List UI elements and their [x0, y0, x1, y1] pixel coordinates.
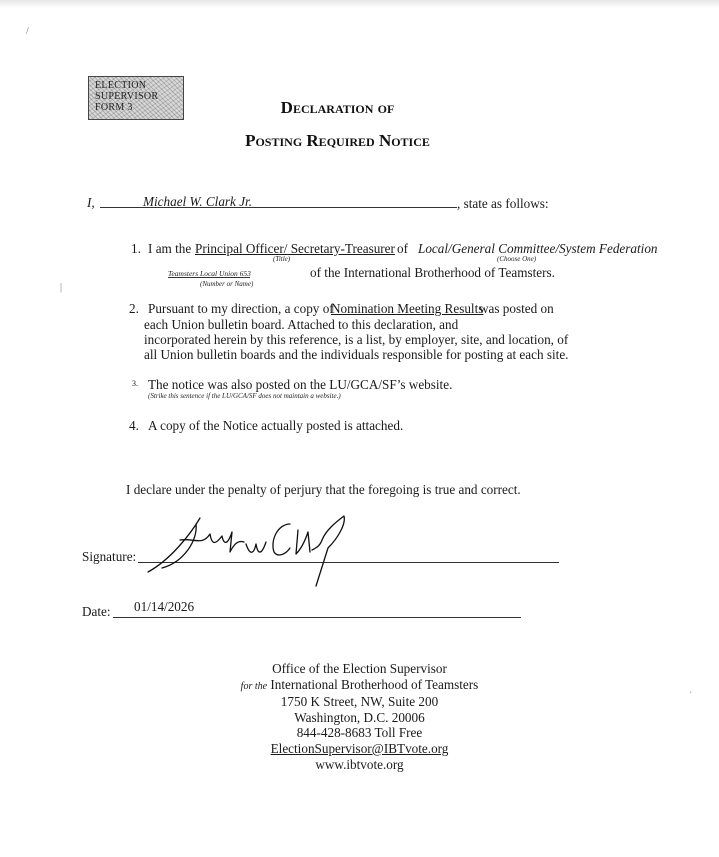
item1-lead: I am the — [148, 241, 191, 257]
item3-note: (Strike this sentence if the LU/GCA/SF d… — [148, 392, 341, 400]
item1-local-caption: (Number or Name) — [200, 280, 253, 288]
item2-after: was posted on — [479, 301, 554, 317]
stamp-line: Election — [95, 80, 183, 91]
item2-line2: each Union bulletin board. Attached to t… — [144, 317, 458, 333]
item1-tail: of the International Brotherhood of Team… — [310, 265, 555, 281]
footer-org-line: for the International Brotherhood of Tea… — [0, 677, 719, 695]
date-label: Date: — [82, 604, 111, 620]
item4-text: A copy of the Notice actually posted is … — [148, 418, 403, 434]
item1-title-value: Principal Officer/ Secretary-Treasurer — [195, 241, 395, 257]
document-title-line1: Declaration of — [0, 98, 697, 118]
declarant-suffix: , state as follows: — [457, 196, 549, 212]
item2-line3: incorporated herein by this reference, i… — [144, 332, 568, 348]
footer-org: International Brotherhood of Teamsters — [270, 677, 478, 692]
item1-title-caption: (Title) — [273, 255, 290, 263]
item2-notice-name: Nomination Meeting Results — [331, 301, 483, 317]
footer-address-block: Office of the Election Supervisor for th… — [0, 661, 719, 772]
item1-of: of — [397, 241, 408, 257]
perjury-declaration: I declare under the penalty of perjury t… — [126, 482, 521, 498]
item2-line4: all Union bulletin boards and the indivi… — [144, 347, 568, 363]
item4-number: 4. — [129, 418, 139, 434]
declarant-prefix: I, — [87, 195, 95, 211]
item1-entity-type: Local/General Committee/System Federatio… — [418, 241, 658, 257]
scan-top-shadow — [0, 0, 719, 8]
footer-email-link[interactable]: ElectionSupervisor@IBTvote.org — [271, 741, 449, 756]
item2-number: 2. — [129, 301, 139, 317]
item3-number: 3. — [132, 379, 138, 388]
footer-for-the: for the — [241, 681, 267, 692]
item1-number: 1. — [131, 241, 141, 257]
date-value: 01/14/2026 — [134, 599, 194, 615]
footer-street: 1750 K Street, NW, Suite 200 — [0, 694, 719, 710]
item2-lead: Pursuant to my direction, a copy of — [148, 301, 334, 317]
item3-text: The notice was also posted on the LU/GCA… — [148, 377, 452, 393]
scan-mark: ' — [690, 690, 691, 699]
scan-mark: | — [60, 282, 62, 293]
item1-local-underline — [168, 269, 250, 278]
handwritten-signature — [140, 510, 400, 590]
footer-website[interactable]: www.ibtvote.org — [0, 757, 719, 773]
footer-city: Washington, D.C. 20006 — [0, 710, 719, 726]
item1-entity-caption: (Choose One) — [497, 255, 536, 263]
scan-mark: / — [26, 26, 29, 37]
declarant-name: Michael W. Clark Jr. — [143, 194, 252, 210]
signature-label: Signature: — [82, 549, 136, 565]
document-title-line2: Posting Required Notice — [0, 131, 697, 151]
footer-office: Office of the Election Supervisor — [0, 661, 719, 677]
footer-phone: 844-428-8683 Toll Free — [0, 725, 719, 741]
